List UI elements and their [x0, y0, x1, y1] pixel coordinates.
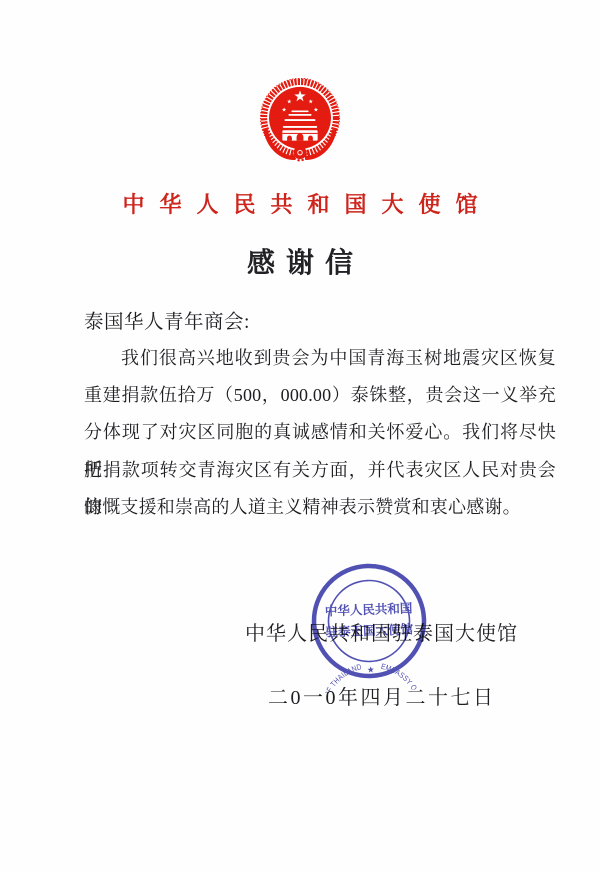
body-paragraph: 我们很高兴地收到贵会为中国青海玉树地震灾区恢复 重建捐款伍拾万（500，000.…: [84, 340, 556, 526]
letter-title: 感谢信: [0, 241, 600, 281]
body-line: 重建捐款伍拾万（500，000.00）泰铢整，贵会这一义举充: [84, 377, 556, 414]
letter-page: 中华人民共和国大使馆 感谢信 泰国华人青年商会: 我们很高兴地收到贵会为中国青海…: [0, 0, 600, 873]
body-line: 所捐款项转交青海灾区有关方面，并代表灾区人民对贵会的: [84, 452, 556, 489]
embassy-seal: EMBASSY OF THE PEOPLE'S REPUBLIC OF CHIN…: [297, 549, 442, 694]
seal-star-icon: ★: [367, 664, 375, 674]
body-line: 慷慨支援和崇高的人道主义精神表示赞赏和衷心感谢。: [84, 489, 556, 526]
embassy-name-header: 中华人民共和国大使馆: [0, 188, 600, 219]
salutation: 泰国华人青年商会:: [84, 306, 250, 334]
seal-center-line1: 中华人民共和国: [325, 600, 413, 618]
body-line: 分体现了对灾区同胞的真诚感情和关怀爱心。我们将尽快把: [84, 414, 556, 451]
body-line: 我们很高兴地收到贵会为中国青海玉树地震灾区恢复: [84, 340, 556, 377]
national-emblem-icon: [257, 78, 343, 168]
seal-center-line2: 驻泰王国大使馆: [325, 621, 413, 639]
national-emblem-svg: [257, 78, 343, 168]
